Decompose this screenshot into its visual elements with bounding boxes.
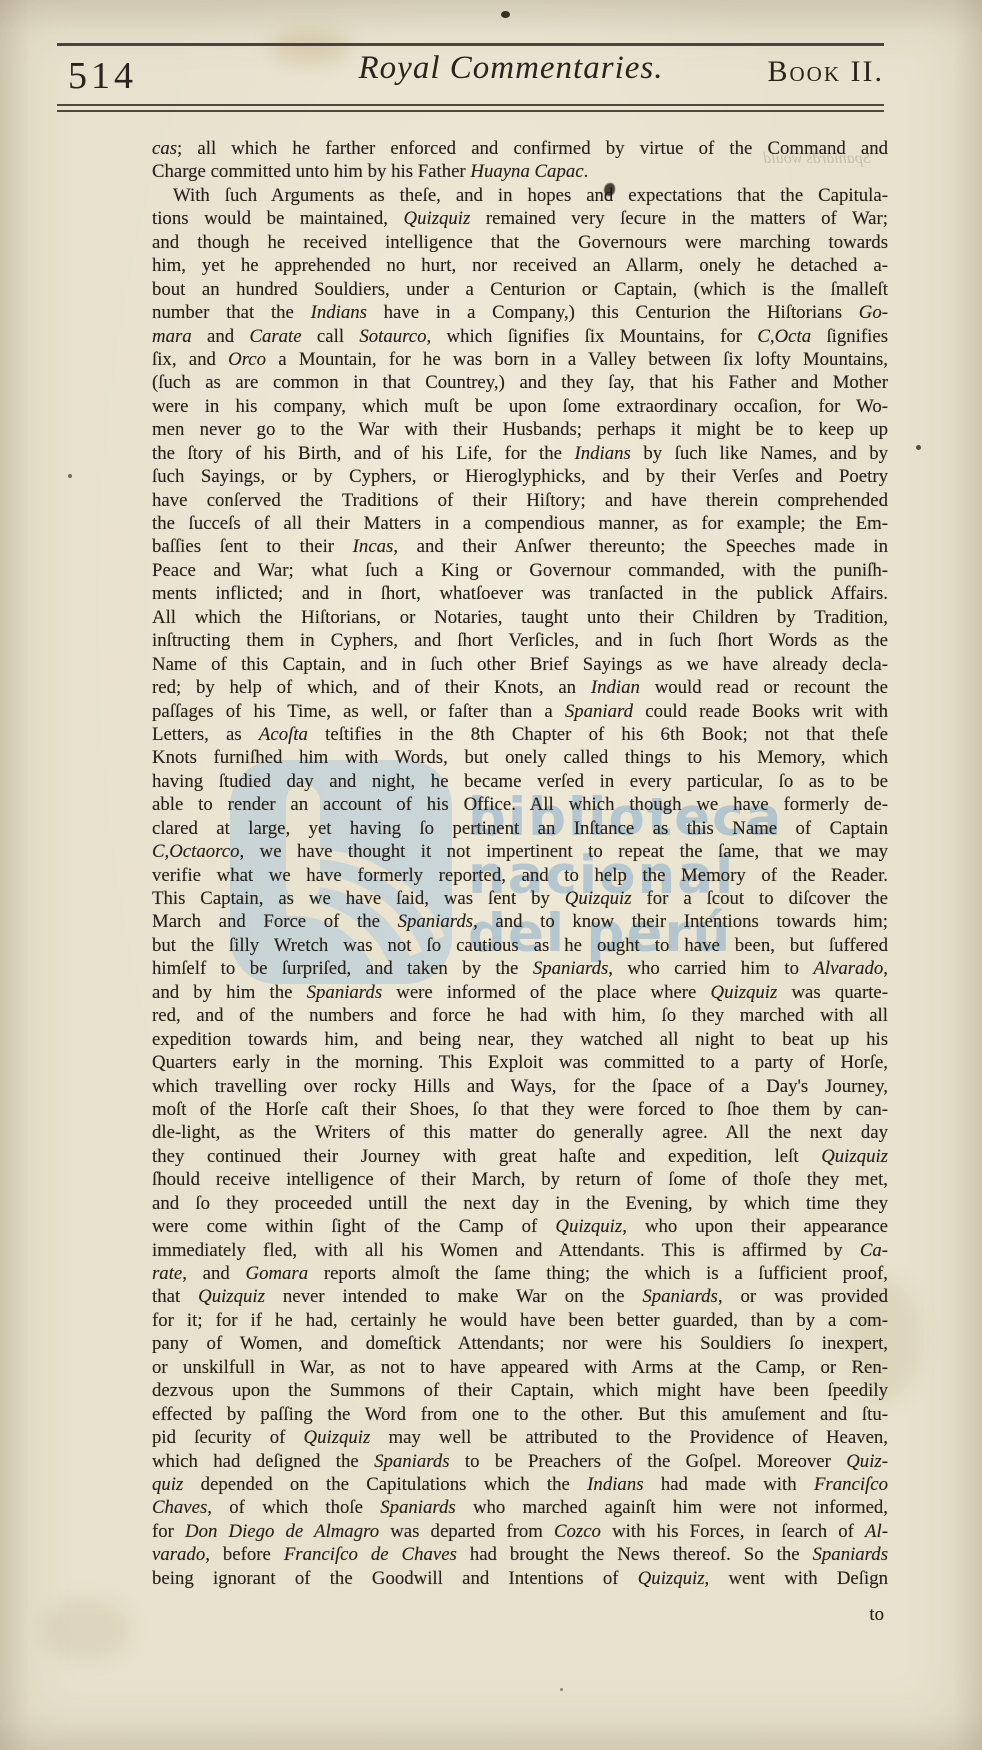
text-run: This Captain, as we have ſaid, was ſent … xyxy=(152,888,565,909)
text-line: were come within ſight of the Camp of Qu… xyxy=(152,1215,888,1238)
italic-run: Incas xyxy=(353,536,394,557)
text-line: verifie what we have formerly reported, … xyxy=(152,864,888,887)
text-line: pid ſecurity of Quizquiz may well be att… xyxy=(152,1426,888,1449)
text-run: dle-light, as the Writers of this matter… xyxy=(152,1122,888,1143)
text-run: would read or recount the xyxy=(640,677,888,698)
text-run: by ſuch like Names, and by xyxy=(631,443,888,464)
text-run: being ignorant of the Goodwill and Inten… xyxy=(152,1568,638,1589)
text-run: , and their Anſwer thereunto; the Speech… xyxy=(393,536,888,557)
text-line: for it; for if he had, certainly he woul… xyxy=(152,1309,888,1332)
italic-run: Go- xyxy=(859,302,888,323)
text-line: men never go to the War with their Husba… xyxy=(152,418,888,441)
italic-run: C,Octa xyxy=(757,326,811,347)
text-line: ſuch Sayings, or by Cyphers, or Hierogly… xyxy=(152,465,888,488)
text-run: , we have thought it not impertinent to … xyxy=(239,841,888,862)
text-line: that Quizquiz never intended to make War… xyxy=(152,1285,888,1308)
italic-run: Spaniard xyxy=(565,701,633,722)
text-run: may well be attributed to the Providence… xyxy=(370,1427,888,1448)
text-run: who marched againſt him were not informe… xyxy=(456,1497,888,1518)
text-line: expedition towards him, and being near, … xyxy=(152,1028,888,1051)
text-line: C,Octaorco, we have thought it not imper… xyxy=(152,840,888,863)
italic-run: Quiz- xyxy=(846,1451,888,1472)
italic-run: Spaniards xyxy=(380,1497,455,1518)
text-run: teſtifies in the 8th Chapter of his 6th … xyxy=(308,724,888,745)
text-run: a Mountain, for he was born in a Valley … xyxy=(266,349,888,370)
text-run: Knots furniſhed him with Words, but onel… xyxy=(152,747,888,768)
text-run: call xyxy=(302,326,360,347)
text-run: having ſtudied day and night, he became … xyxy=(152,771,888,792)
text-run: could reade Books writ with xyxy=(633,701,888,722)
italic-run: Acoſta xyxy=(259,724,308,745)
text-run: able to render an account of his Office.… xyxy=(152,794,888,815)
text-line: red; by help of which, and of their Knot… xyxy=(152,676,888,699)
text-run: was departed from xyxy=(379,1521,554,1542)
text-run: ; all which he farther enforced and conf… xyxy=(177,138,888,159)
text-run: depended on the Capitulations which the xyxy=(183,1474,587,1495)
text-line: Quarters early in the morning. This Expl… xyxy=(152,1051,888,1074)
text-run: Charge committed unto him by his Father xyxy=(152,161,470,182)
text-run: ſhould receive intelligence of their Mar… xyxy=(152,1169,888,1190)
text-line: able to render an account of his Office.… xyxy=(152,793,888,816)
text-run: , which ſignifies ſix Mountains, for xyxy=(427,326,758,347)
text-run: were come within ſight of the Camp of xyxy=(152,1216,555,1237)
italic-run: Indians xyxy=(311,302,367,323)
italic-run: Quizquiz xyxy=(555,1216,622,1237)
text-run: which had deſigned the xyxy=(152,1451,374,1472)
italic-run: Al- xyxy=(865,1521,888,1542)
text-run: himſelf to be ſurpriſed, and taken by th… xyxy=(152,958,533,979)
text-line: (ſuch as are common in that Countrey,) a… xyxy=(152,371,888,394)
text-run: tions would be maintained, xyxy=(152,208,404,229)
italic-run: varado xyxy=(152,1544,205,1565)
text-line: All which the Hiſtorians, or Notaries, t… xyxy=(152,606,888,629)
text-run: moſt of the Horſe caſt their Shoes, ſo t… xyxy=(152,1099,888,1120)
text-line: the ſucceſs of all their Matters in a co… xyxy=(152,512,888,535)
text-run: pany of Women, and domeſtick Attendants;… xyxy=(152,1333,888,1354)
text-line: which had deſigned the Spaniards to be P… xyxy=(152,1450,888,1473)
text-line: March and Force of the Spaniards, and to… xyxy=(152,910,888,933)
text-run: clared at large, yet having ſo pertinent… xyxy=(152,818,888,839)
italic-run: Spaniards xyxy=(813,1544,888,1565)
text-run: With ſuch Arguments as theſe, and in hop… xyxy=(173,185,888,206)
text-run: men never go to the War with their Husba… xyxy=(152,419,888,440)
text-run: was quarte- xyxy=(777,982,888,1003)
text-line: being ignorant of the Goodwill and Inten… xyxy=(152,1567,888,1590)
text-line: ſix, and Orco a Mountain, for he was bor… xyxy=(152,348,888,371)
text-run: for it; for if he had, certainly he woul… xyxy=(152,1310,888,1331)
italic-run: Alvarado xyxy=(813,958,883,979)
text-line: were in his company, which muſt be upon … xyxy=(152,395,888,418)
ink-speck xyxy=(68,474,72,478)
italic-run: Indians xyxy=(587,1474,643,1495)
text-run: paſſages of his Time, as well, or faſter… xyxy=(152,701,565,722)
text-run: , who upon their appearance xyxy=(622,1216,888,1237)
text-line: immediately fled, with all his Women and… xyxy=(152,1239,888,1262)
text-run: were in his company, which muſt be upon … xyxy=(152,396,888,417)
text-line: cas; all which he farther enforced and c… xyxy=(152,137,888,160)
text-run: they continued their Journey with great … xyxy=(152,1146,821,1167)
text-line: ments inflicted; and in ſhort, whatſoeve… xyxy=(152,582,888,605)
text-run: number that the xyxy=(152,302,311,323)
text-line: Chaves, of which thoſe Spaniards who mar… xyxy=(152,1496,888,1519)
text-run: ments inflicted; and in ſhort, whatſoeve… xyxy=(152,583,888,604)
text-run: , xyxy=(883,958,888,979)
text-run: Quarters early in the morning. This Expl… xyxy=(152,1052,888,1073)
text-run: Peace and War; what ſuch a King or Gover… xyxy=(152,560,888,581)
text-run: for a ſcout to diſcover the xyxy=(632,888,888,909)
text-line: but the ſilly Wretch was not ſo cautious… xyxy=(152,934,888,957)
text-run: but the ſilly Wretch was not ſo cautious… xyxy=(152,935,888,956)
italic-run: Spaniards xyxy=(398,911,473,932)
text-line: ſhould receive intelligence of their Mar… xyxy=(152,1168,888,1191)
text-run: bout an hundred Souldiers, under a Centu… xyxy=(152,279,888,300)
ink-speck xyxy=(916,445,921,450)
italic-run: Ca- xyxy=(860,1240,888,1261)
text-run: him, yet he apprehended no hurt, nor rec… xyxy=(152,255,888,276)
italic-run: Sotaurco xyxy=(359,326,426,347)
text-line: This Captain, as we have ſaid, was ſent … xyxy=(152,887,888,910)
text-run: and though he received intelligence that… xyxy=(152,232,888,253)
book-label: Book II. xyxy=(768,55,885,89)
text-run: or unskilfull in War, as not to have app… xyxy=(152,1357,888,1378)
text-run: inſtructing them in Cyphers, and ſhort V… xyxy=(152,630,888,651)
ink-speck xyxy=(560,1688,563,1691)
text-line: With ſuch Arguments as theſe, and in hop… xyxy=(152,184,888,207)
text-run: the ſtory of his Birth, and of his Life,… xyxy=(152,443,575,464)
text-line: clared at large, yet having ſo pertinent… xyxy=(152,817,888,840)
italic-run: rate xyxy=(152,1263,182,1284)
text-run: dezvous upon the Summons of their Captai… xyxy=(152,1380,888,1401)
text-run: have in a Company,) this Centurion the H… xyxy=(367,302,859,323)
italic-run: Cozco xyxy=(554,1521,601,1542)
text-run: , or was provided xyxy=(718,1286,888,1307)
text-line: baſſies ſent to their Incas, and their A… xyxy=(152,535,888,558)
catchword: to xyxy=(152,1604,888,1626)
text-run: , went with Deſign xyxy=(705,1568,888,1589)
italic-run: Spaniards xyxy=(533,958,608,979)
ink-speck xyxy=(238,1103,241,1106)
text-run: and by him the xyxy=(152,982,307,1003)
italic-run: Indians xyxy=(575,443,631,464)
italic-run: cas xyxy=(152,138,177,159)
text-line: and by him the Spaniards were informed o… xyxy=(152,981,888,1004)
text-line: bout an hundred Souldiers, under a Centu… xyxy=(152,278,888,301)
text-line: having ſtudied day and night, he became … xyxy=(152,770,888,793)
text-line: Knots furniſhed him with Words, but onel… xyxy=(152,746,888,769)
text-run: the ſucceſs of all their Matters in a co… xyxy=(152,513,888,534)
text-run: , and to know their Intentions towards h… xyxy=(473,911,888,932)
italic-run: Quizquiz xyxy=(638,1568,705,1589)
text-line: himſelf to be ſurpriſed, and taken by th… xyxy=(152,957,888,980)
text-run: ſuch Sayings, or by Cyphers, or Hierogly… xyxy=(152,466,888,487)
italic-run: Quizquiz xyxy=(304,1427,371,1448)
text-run: had brought the News thereof. So the xyxy=(457,1544,813,1565)
running-title: Royal Commentaries. xyxy=(200,50,822,87)
text-run: with his Forces, in ſearch of xyxy=(601,1521,865,1542)
text-run: ſix, and xyxy=(152,349,228,370)
italic-run: Indian xyxy=(591,677,640,698)
text-line: and though he received intelligence that… xyxy=(152,231,888,254)
text-run: Name of this Captain, and in ſuch other … xyxy=(152,654,888,675)
text-line: inſtructing them in Cyphers, and ſhort V… xyxy=(152,629,888,652)
italic-run: Franciſco de Chaves xyxy=(284,1544,457,1565)
text-run: and xyxy=(192,326,250,347)
italic-run: Chaves xyxy=(152,1497,207,1518)
text-line: pany of Women, and domeſtick Attendants;… xyxy=(152,1332,888,1355)
text-line: red, and of the numbers and force he had… xyxy=(152,1004,888,1027)
text-run: for xyxy=(152,1521,185,1542)
text-line: Charge committed unto him by his Father … xyxy=(152,160,888,183)
header-rule-bottom xyxy=(57,104,884,112)
text-run: (ſuch as are common in that Countrey,) a… xyxy=(152,372,888,393)
text-run: have conſerved the Traditions of their H… xyxy=(152,490,888,511)
text-run: and ſo they proceeded untill the next da… xyxy=(152,1193,888,1214)
text-run: March and Force of the xyxy=(152,911,398,932)
text-line: they continued their Journey with great … xyxy=(152,1145,888,1168)
text-run: ſignifies xyxy=(811,326,888,347)
text-run: , before xyxy=(205,1544,284,1565)
text-run: , and xyxy=(182,1263,245,1284)
italic-run: Franciſco xyxy=(814,1474,888,1495)
italic-run: C,Octaorco xyxy=(152,841,239,862)
text-run: baſſies ſent to their xyxy=(152,536,353,557)
text-line: varado, before Franciſco de Chaves had b… xyxy=(152,1543,888,1566)
text-line: moſt of the Horſe caſt their Shoes, ſo t… xyxy=(152,1098,888,1121)
italic-run: Quizquiz xyxy=(404,208,471,229)
text-run: red, and of the numbers and force he had… xyxy=(152,1005,888,1026)
text-line: him, yet he apprehended no hurt, nor rec… xyxy=(152,254,888,277)
text-line: paſſages of his Time, as well, or faſter… xyxy=(152,700,888,723)
text-line: Peace and War; what ſuch a King or Gover… xyxy=(152,559,888,582)
text-run: remained very ſecure in the matters of W… xyxy=(470,208,888,229)
italic-run: Quizquiz xyxy=(565,888,632,909)
text-run: never intended to make War on the xyxy=(265,1286,642,1307)
text-line: have conſerved the Traditions of their H… xyxy=(152,489,888,512)
italic-run: Don Diego de Almagro xyxy=(185,1521,379,1542)
text-run: . xyxy=(584,161,589,182)
body-text-column: cas; all which he farther enforced and c… xyxy=(152,137,888,1590)
italic-run: quiz xyxy=(152,1474,183,1495)
text-run: Letters, as xyxy=(152,724,259,745)
text-run: red; by help of which, and of their Knot… xyxy=(152,677,591,698)
paper-stain xyxy=(40,1600,130,1660)
italic-run: Spaniards xyxy=(307,982,382,1003)
italic-run: Huayna Capac xyxy=(470,161,583,182)
text-line: and ſo they proceeded untill the next da… xyxy=(152,1192,888,1215)
italic-run: Spaniards xyxy=(642,1286,717,1307)
text-line: which travelling over rocky Hills and Wa… xyxy=(152,1075,888,1098)
text-line: the ſtory of his Birth, and of his Life,… xyxy=(152,442,888,465)
text-line: dle-light, as the Writers of this matter… xyxy=(152,1121,888,1144)
text-line: Name of this Captain, and in ſuch other … xyxy=(152,653,888,676)
text-run: , of which thoſe xyxy=(207,1497,380,1518)
text-line: number that the Indians have in a Compan… xyxy=(152,301,888,324)
text-run: had made with xyxy=(644,1474,814,1495)
text-run: were informed of the place where xyxy=(382,982,710,1003)
text-line: dezvous upon the Summons of their Captai… xyxy=(152,1379,888,1402)
page-number: 514 xyxy=(68,54,137,98)
ink-speck xyxy=(501,11,510,18)
text-line: effected by paſſing the Word from one to… xyxy=(152,1403,888,1426)
text-run: reports almoſt the ſame thing; the which… xyxy=(308,1263,888,1284)
header-rule-top xyxy=(57,43,884,46)
text-line: Letters, as Acoſta teſtifies in the 8th … xyxy=(152,723,888,746)
text-run: to be Preachers of the Goſpel. Moreover xyxy=(450,1451,847,1472)
text-line: mara and Carate call Sotaurco, which ſig… xyxy=(152,325,888,348)
text-line: rate, and Gomara reports almoſt the ſame… xyxy=(152,1262,888,1285)
italic-run: Quizquiz xyxy=(821,1146,888,1167)
text-line: or unskilfull in War, as not to have app… xyxy=(152,1356,888,1379)
text-run: immediately fled, with all his Women and… xyxy=(152,1240,860,1261)
italic-run: Gomara xyxy=(246,1263,309,1284)
text-run: , who carried him to xyxy=(608,958,813,979)
text-run: All which the Hiſtorians, or Notaries, t… xyxy=(152,607,888,628)
italic-run: Quizquiz xyxy=(711,982,778,1003)
text-run: pid ſecurity of xyxy=(152,1427,304,1448)
text-line: for Don Diego de Almagro was departed fr… xyxy=(152,1520,888,1543)
text-run: effected by paſſing the Word from one to… xyxy=(152,1404,888,1425)
italic-run: Carate xyxy=(249,326,301,347)
text-line: tions would be maintained, Quizquiz rema… xyxy=(152,207,888,230)
text-line: quiz depended on the Capitulations which… xyxy=(152,1473,888,1496)
italic-run: Orco xyxy=(228,349,266,370)
italic-run: Quizquiz xyxy=(198,1286,265,1307)
text-run: which travelling over rocky Hills and Wa… xyxy=(152,1076,888,1097)
italic-run: mara xyxy=(152,326,192,347)
italic-run: Spaniards xyxy=(374,1451,449,1472)
text-run: that xyxy=(152,1286,198,1307)
book-page: biblioteca nacional del perú Spaniards w… xyxy=(0,0,982,1750)
text-run: expedition towards him, and being near, … xyxy=(152,1029,888,1050)
text-run: verifie what we have formerly reported, … xyxy=(152,865,888,886)
